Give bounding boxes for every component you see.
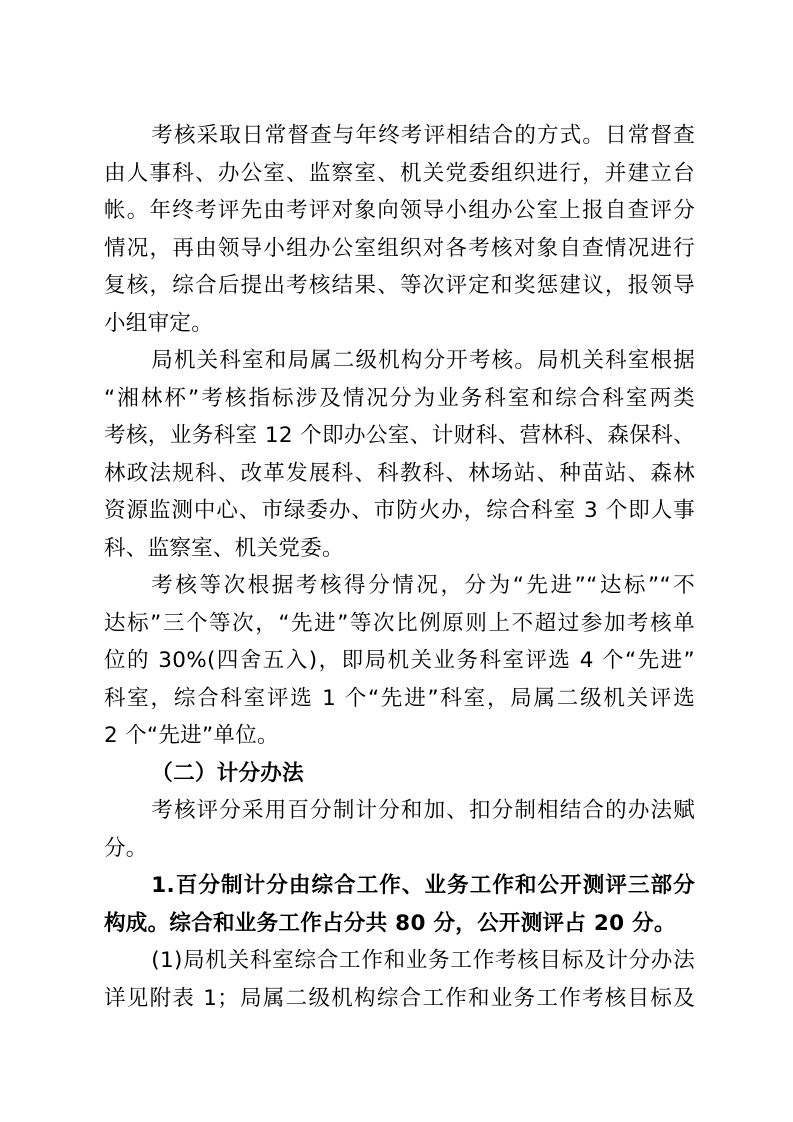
heading-scoring-method: （二）计分办法 — [104, 755, 695, 793]
text-line: 帐。年终考评先由考评对象向领导小组办公室上报自查评分 — [104, 192, 695, 230]
text-line: 考核采取日常督查与年终考评相结合的方式。日常督查 — [104, 117, 695, 155]
document-text-block: 考核采取日常督查与年终考评相结合的方式。日常督查 由人事科、办公室、监察室、机关… — [104, 117, 695, 1017]
document-page: 考核采取日常督查与年终考评相结合的方式。日常督查 由人事科、办公室、监察室、机关… — [0, 0, 793, 1122]
text-line: “湘林杯”考核指标涉及情况分为业务科室和综合科室两类 — [104, 380, 695, 418]
paragraph-department-classification: 局机关科室和局属二级机构分开考核。局机关科室根据 “湘林杯”考核指标涉及情况分为… — [104, 342, 695, 567]
text-line: 2 个“先进”单位。 — [104, 717, 695, 755]
text-line: 1.百分制计分由综合工作、业务工作和公开测评三部分 — [104, 867, 695, 905]
text-line: 科室，综合科室评选 1 个“先进”科室，局属二级机关评选 — [104, 680, 695, 718]
text-line: 情况，再由领导小组办公室组织对各考核对象自查情况进行 — [104, 230, 695, 268]
text-line: 构成。综合和业务工作占分共 80 分，公开测评占 20 分。 — [104, 905, 695, 943]
text-line: 分。 — [104, 830, 695, 868]
paragraph-scoring-intro: 考核评分采用百分制计分和加、扣分制相结合的办法赋 分。 — [104, 792, 695, 867]
paragraph-assessment-method: 考核采取日常督查与年终考评相结合的方式。日常督查 由人事科、办公室、监察室、机关… — [104, 117, 695, 342]
text-line: 考核评分采用百分制计分和加、扣分制相结合的办法赋 — [104, 792, 695, 830]
text-line: 由人事科、办公室、监察室、机关党委组织进行，并建立台 — [104, 155, 695, 193]
text-line: 局机关科室和局属二级机构分开考核。局机关科室根据 — [104, 342, 695, 380]
paragraph-hundred-point-system: 1.百分制计分由综合工作、业务工作和公开测评三部分 构成。综合和业务工作占分共 … — [104, 867, 695, 942]
text-line: 考核等次根据考核得分情况，分为“先进”“达标”“不 — [104, 567, 695, 605]
text-line: 资源监测中心、市绿委办、市防火办，综合科室 3 个即人事 — [104, 492, 695, 530]
paragraph-grade-levels: 考核等次根据考核得分情况，分为“先进”“达标”“不 达标”三个等次，“先进”等次… — [104, 567, 695, 755]
section-heading: （二）计分办法 — [104, 755, 695, 793]
text-line: 考核，业务科室 12 个即办公室、计财科、营林科、森保科、 — [104, 417, 695, 455]
text-line: 位的 30%(四舍五入)，即局机关业务科室评选 4 个“先进” — [104, 642, 695, 680]
text-line: 达标”三个等次，“先进”等次比例原则上不超过参加考核单 — [104, 605, 695, 643]
text-line: (1)局机关科室综合工作和业务工作考核目标及计分办法 — [104, 942, 695, 980]
text-line: 科、监察室、机关党委。 — [104, 530, 695, 568]
text-line: 小组审定。 — [104, 305, 695, 343]
paragraph-appendix-reference: (1)局机关科室综合工作和业务工作考核目标及计分办法 详见附表 1；局属二级机构… — [104, 942, 695, 1017]
text-line: 复核，综合后提出考核结果、等次评定和奖惩建议，报领导 — [104, 267, 695, 305]
text-line: 详见附表 1；局属二级机构综合工作和业务工作考核目标及 — [104, 980, 695, 1018]
text-line: 林政法规科、改革发展科、科教科、林场站、种苗站、森林 — [104, 455, 695, 493]
